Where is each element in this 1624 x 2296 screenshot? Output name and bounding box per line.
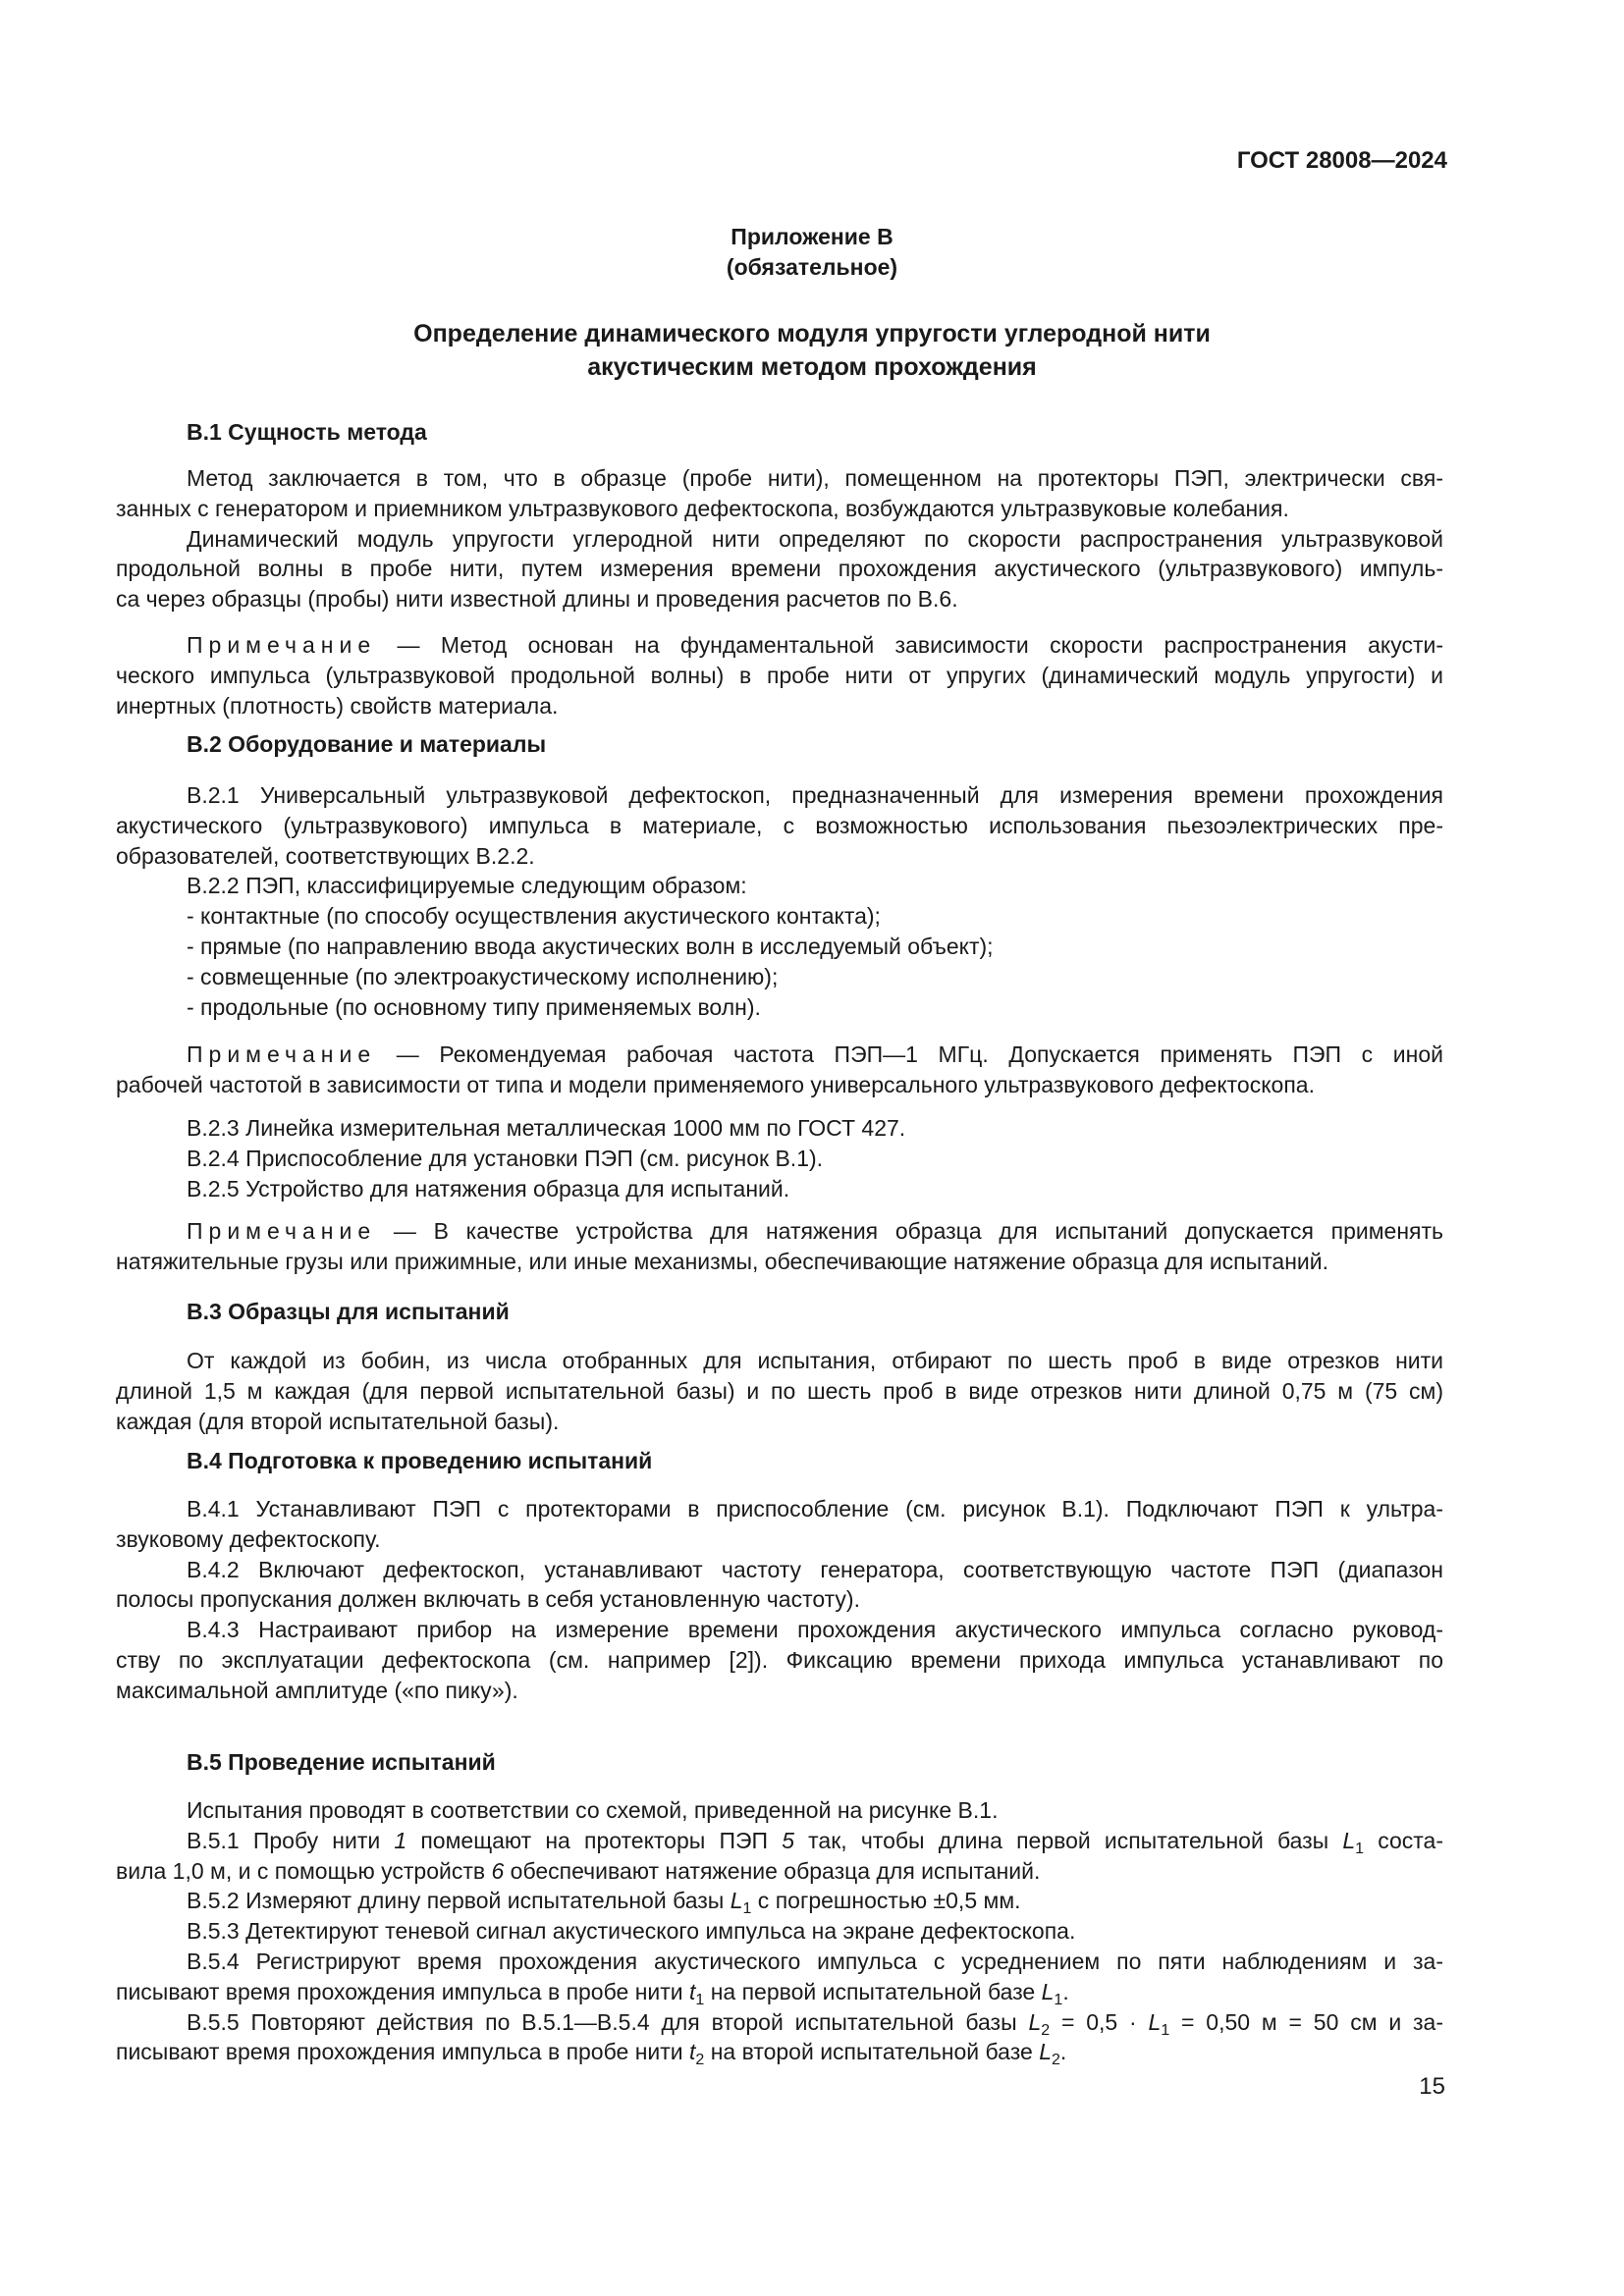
text-line: В.5.3 Детектируют теневой сигнал акустич… (116, 1916, 1443, 1947)
text-line: вила 1,0 м, и с помощью устройств 6 обес… (116, 1856, 1443, 1887)
text-line: рабочей частотой в зависимости от типа и… (116, 1070, 1443, 1100)
note-b1: Примечание — Метод основан на фундамента… (116, 630, 1443, 721)
note-label: Примечание (187, 1041, 376, 1067)
text-line: ству по эксплуатации дефектоскопа (см. н… (116, 1645, 1443, 1676)
text-line: каждая (для второй испытательной базы). (116, 1407, 1443, 1437)
document-title-line2: акустическим методом прохождения (0, 351, 1624, 384)
text-line: В.2.4 Приспособление для установки ПЭП (… (116, 1144, 1443, 1174)
text-line: длиной 1,5 м каждая (для первой испытате… (116, 1376, 1443, 1407)
paragraph-b3-1: От каждой из бобин, из числа отобранных … (116, 1346, 1443, 1436)
section-heading-b1: В.1 Сущность метода (187, 417, 427, 448)
note-text: — Метод основан на фундаментальной завис… (397, 632, 1443, 658)
paragraph-b1-1: Метод заключается в том, что в образце (… (116, 463, 1443, 614)
section-heading-b5: В.5 Проведение испытаний (187, 1747, 496, 1778)
text-line: От каждой из бобин, из числа отобранных … (116, 1346, 1443, 1376)
text-line: Динамический модуль упругости углеродной… (116, 524, 1443, 555)
note-b2-1: Примечание — Рекомендуемая рабочая часто… (116, 1040, 1443, 1100)
note-b2-2: Примечание — В качестве устройства для н… (116, 1216, 1443, 1277)
text-line: инертных (плотность) свойств материала. (116, 691, 1443, 721)
text-line: В.4.3 Настраивают прибор на измерение вр… (116, 1615, 1443, 1645)
annex-label: Приложение В (0, 222, 1624, 252)
text-line: писывают время прохождения импульса в пр… (116, 1977, 1443, 2007)
document-page: ГОСТ 28008—2024 Приложение В (обязательн… (0, 0, 1624, 2296)
note-text: — В качестве устройства для натяжения об… (394, 1218, 1443, 1244)
section-heading-b2: В.2 Оборудование и материалы (187, 729, 546, 760)
text-line: Примечание — Метод основан на фундамента… (116, 630, 1443, 661)
section-heading-b4: В.4 Подготовка к проведению испытаний (187, 1446, 652, 1476)
section-heading-b3: В.3 Образцы для испытаний (187, 1297, 510, 1327)
list-item: - продольные (по основному типу применяе… (116, 992, 1443, 1023)
text-line: натяжительные грузы или прижимные, или и… (116, 1247, 1443, 1277)
items-b2: В.2.3 Линейка измерительная металлическа… (116, 1113, 1443, 1203)
text-line: максимальной амплитуде («по пику»). (116, 1676, 1443, 1706)
list-item: - контактные (по способу осуществления а… (116, 901, 1443, 932)
standard-code: ГОСТ 28008—2024 (1237, 147, 1447, 175)
text-line: Примечание — В качестве устройства для н… (116, 1216, 1443, 1247)
list-item: - совмещенные (по электроакустическому и… (116, 962, 1443, 992)
text-line: звуковому дефектоскопу. (116, 1524, 1443, 1555)
text-line: полосы пропускания должен включать в себ… (116, 1584, 1443, 1615)
annex-status: (обязательное) (0, 252, 1624, 283)
text-line: са через образцы (пробы) нити известной … (116, 584, 1443, 614)
text-line: Метод заключается в том, что в образце (… (116, 463, 1443, 494)
text-line: В.2.5 Устройство для натяжения образца д… (116, 1174, 1443, 1204)
text-line: Испытания проводят в соответствии со схе… (116, 1795, 1443, 1826)
page-number: 15 (1419, 2073, 1445, 2101)
paragraph-b4: В.4.1 Устанавливают ПЭП с протекторами в… (116, 1494, 1443, 1706)
text-line: В.2.2 ПЭП, классифицируемые следующим об… (116, 871, 1443, 901)
document-title-line1: Определение динамического модуля упругос… (0, 318, 1624, 350)
text-line: акустического (ультразвукового) импульса… (116, 811, 1443, 841)
text-line: писывают время прохождения импульса в пр… (116, 2037, 1443, 2067)
text-line: ческого импульса (ультразвуковой продоль… (116, 661, 1443, 691)
text-line: В.5.1 Пробу нити 1 помещают на протектор… (116, 1826, 1443, 1856)
text-line: продольной волны в пробе нити, путем изм… (116, 554, 1443, 584)
paragraph-b5: Испытания проводят в соответствии со схе… (116, 1795, 1443, 2067)
text-line: В.4.1 Устанавливают ПЭП с протекторами в… (116, 1494, 1443, 1524)
text-line: образователей, соответствующих В.2.2. (116, 841, 1443, 872)
paragraph-b2-1: В.2.1 Универсальный ультразвуковой дефек… (116, 780, 1443, 1022)
text-line: занных с генератором и приемником ультра… (116, 494, 1443, 524)
note-label: Примечание (187, 1218, 376, 1244)
text-line: Примечание — Рекомендуемая рабочая часто… (116, 1040, 1443, 1070)
list-item: - прямые (по направлению ввода акустичес… (116, 932, 1443, 962)
text-line: В.2.3 Линейка измерительная металлическа… (116, 1113, 1443, 1144)
text-line: В.5.4 Регистрируют время прохождения аку… (116, 1947, 1443, 1977)
note-text: — Рекомендуемая рабочая частота ПЭП—1 МГ… (397, 1041, 1443, 1067)
text-line: В.5.2 Измеряют длину первой испытательно… (116, 1886, 1443, 1916)
text-line: В.5.5 Повторяют действия по В.5.1—В.5.4 … (116, 2007, 1443, 2038)
text-line: В.4.2 Включают дефектоскоп, устанавливаю… (116, 1555, 1443, 1585)
text-line: В.2.1 Универсальный ультразвуковой дефек… (116, 780, 1443, 811)
note-label: Примечание (187, 632, 376, 658)
